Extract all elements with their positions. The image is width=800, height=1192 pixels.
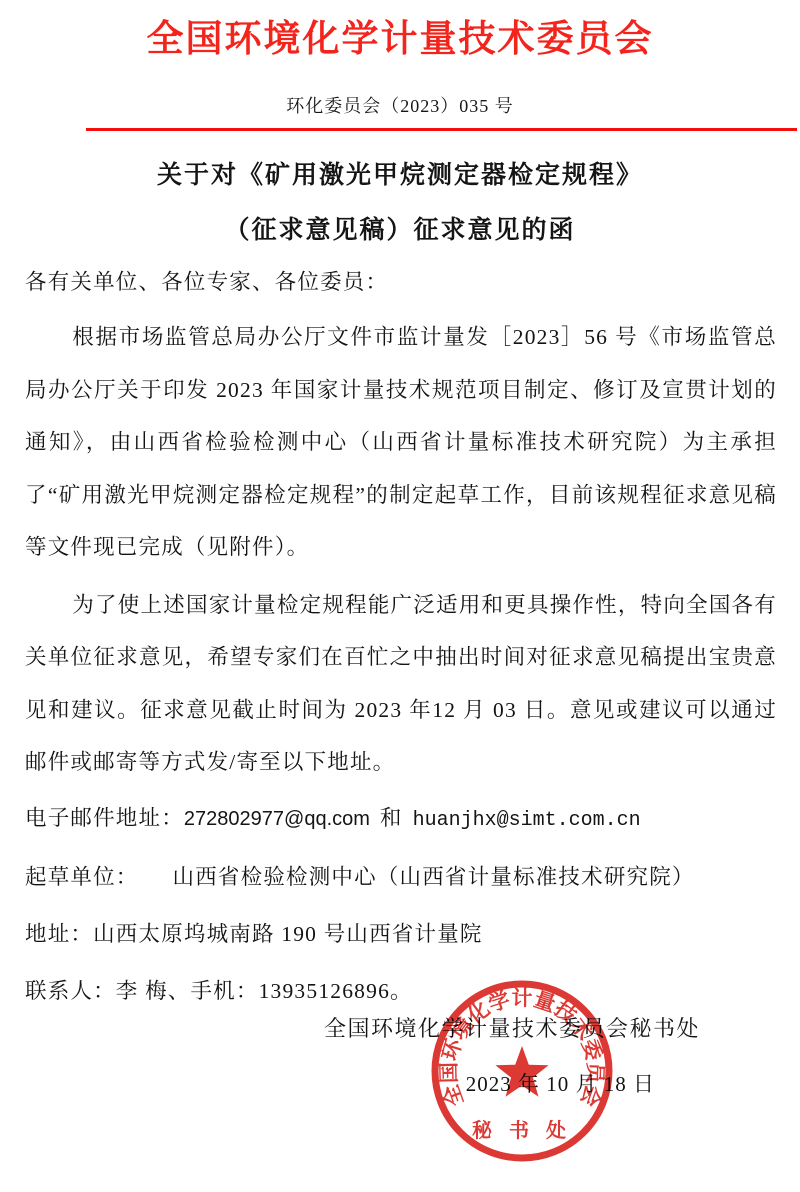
paragraph-2: 为了使上述国家计量检定规程能广泛适用和更具操作性，特向全国各有关单位征求意见，希…	[25, 579, 777, 789]
paragraph-1: 根据市场监管总局办公厅文件市监计量发［2023］56 号《市场监管总局办公厅关于…	[25, 311, 777, 574]
email-label: 电子邮件地址：	[25, 806, 184, 830]
email-conjunction: 和	[380, 806, 403, 830]
salutation: 各有关单位、各位专家、各位委员：	[25, 258, 777, 306]
email-line: 电子邮件地址：272802977@qq.com和huanjhx@simt.com…	[25, 791, 777, 848]
red-divider-line	[86, 128, 797, 131]
official-letter-page: 全国环境化学计量技术委员会 环化委员会（2023）035 号 关于对《矿用激光甲…	[0, 0, 800, 1192]
drafter-line: 起草单位：山西省检验检测中心（山西省计量标准技术研究院）	[25, 850, 777, 905]
seal-star-icon	[495, 1046, 548, 1097]
subject-title-line-2: （征求意见稿）征求意见的函	[0, 210, 800, 246]
email-address-2: huanjhx@simt.com.cn	[413, 809, 641, 832]
address-line: 地址：山西太原坞城南路 190 号山西省计量院	[25, 907, 777, 962]
letter-body: 各有关单位、各位专家、各位委员： 根据市场监管总局办公厅文件市监计量发［2023…	[25, 258, 777, 1019]
email-address-1: 272802977@qq.com	[184, 808, 370, 830]
drafter-label: 起草单位：	[25, 865, 139, 889]
official-seal: 全国环境化学计量技术委员会 秘 书 处	[428, 977, 616, 1165]
organization-title: 全国环境化学计量技术委员会	[0, 8, 800, 62]
subject-title-line-1: 关于对《矿用激光甲烷测定器检定规程》	[0, 155, 800, 191]
document-number: 环化委员会（2023）035 号	[0, 92, 800, 118]
drafter-value: 山西省检验检测中心（山西省计量标准技术研究院）	[173, 865, 695, 889]
contact-person-line: 联系人：李 梅、手机：13935126896。	[25, 964, 777, 1019]
seal-bottom-label: 秘 书 处	[472, 1118, 572, 1142]
